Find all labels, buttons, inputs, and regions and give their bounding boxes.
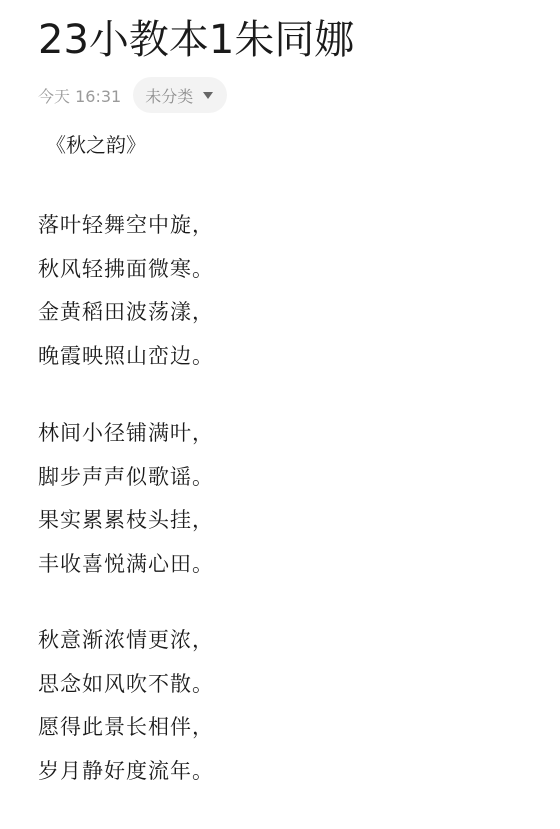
poem-line: 晚霞映照山峦边。 xyxy=(38,335,214,379)
caret-down-icon xyxy=(203,92,213,99)
stanza-2[interactable]: 林间小径铺满叶， 脚步声声似歌谣。 果实累累枝头挂， 丰收喜悦满心田。 xyxy=(38,412,214,586)
poem-line: 愿得此景长相伴， xyxy=(38,706,214,750)
poem-title[interactable]: 《秋之韵》 xyxy=(46,130,146,160)
category-label: 未分类 xyxy=(145,84,193,107)
poem-line: 林间小径铺满叶， xyxy=(38,412,214,456)
category-dropdown[interactable]: 未分类 xyxy=(133,77,227,113)
poem-line: 秋风轻拂面微寒。 xyxy=(38,248,214,292)
poem-line: 秋意渐浓情更浓， xyxy=(38,619,214,663)
stanza-1[interactable]: 落叶轻舞空中旋， 秋风轻拂面微寒。 金黄稻田波荡漾， 晚霞映照山峦边。 xyxy=(38,204,214,378)
note-title[interactable]: 23小教本1朱同娜 xyxy=(38,14,354,66)
poem-line: 落叶轻舞空中旋， xyxy=(38,204,214,248)
stanza-3[interactable]: 秋意渐浓情更浓， 思念如风吹不散。 愿得此景长相伴， 岁月静好度流年。 xyxy=(38,619,214,793)
timestamp: 今天 16:31 xyxy=(38,84,121,107)
poem-line: 金黄稻田波荡漾， xyxy=(38,291,214,335)
note-meta: 今天 16:31 未分类 xyxy=(38,77,227,113)
poem-line: 岁月静好度流年。 xyxy=(38,750,214,794)
poem-line: 丰收喜悦满心田。 xyxy=(38,543,214,587)
poem-line: 思念如风吹不散。 xyxy=(38,663,214,707)
poem-line: 脚步声声似歌谣。 xyxy=(38,456,214,500)
poem-line: 果实累累枝头挂， xyxy=(38,499,214,543)
